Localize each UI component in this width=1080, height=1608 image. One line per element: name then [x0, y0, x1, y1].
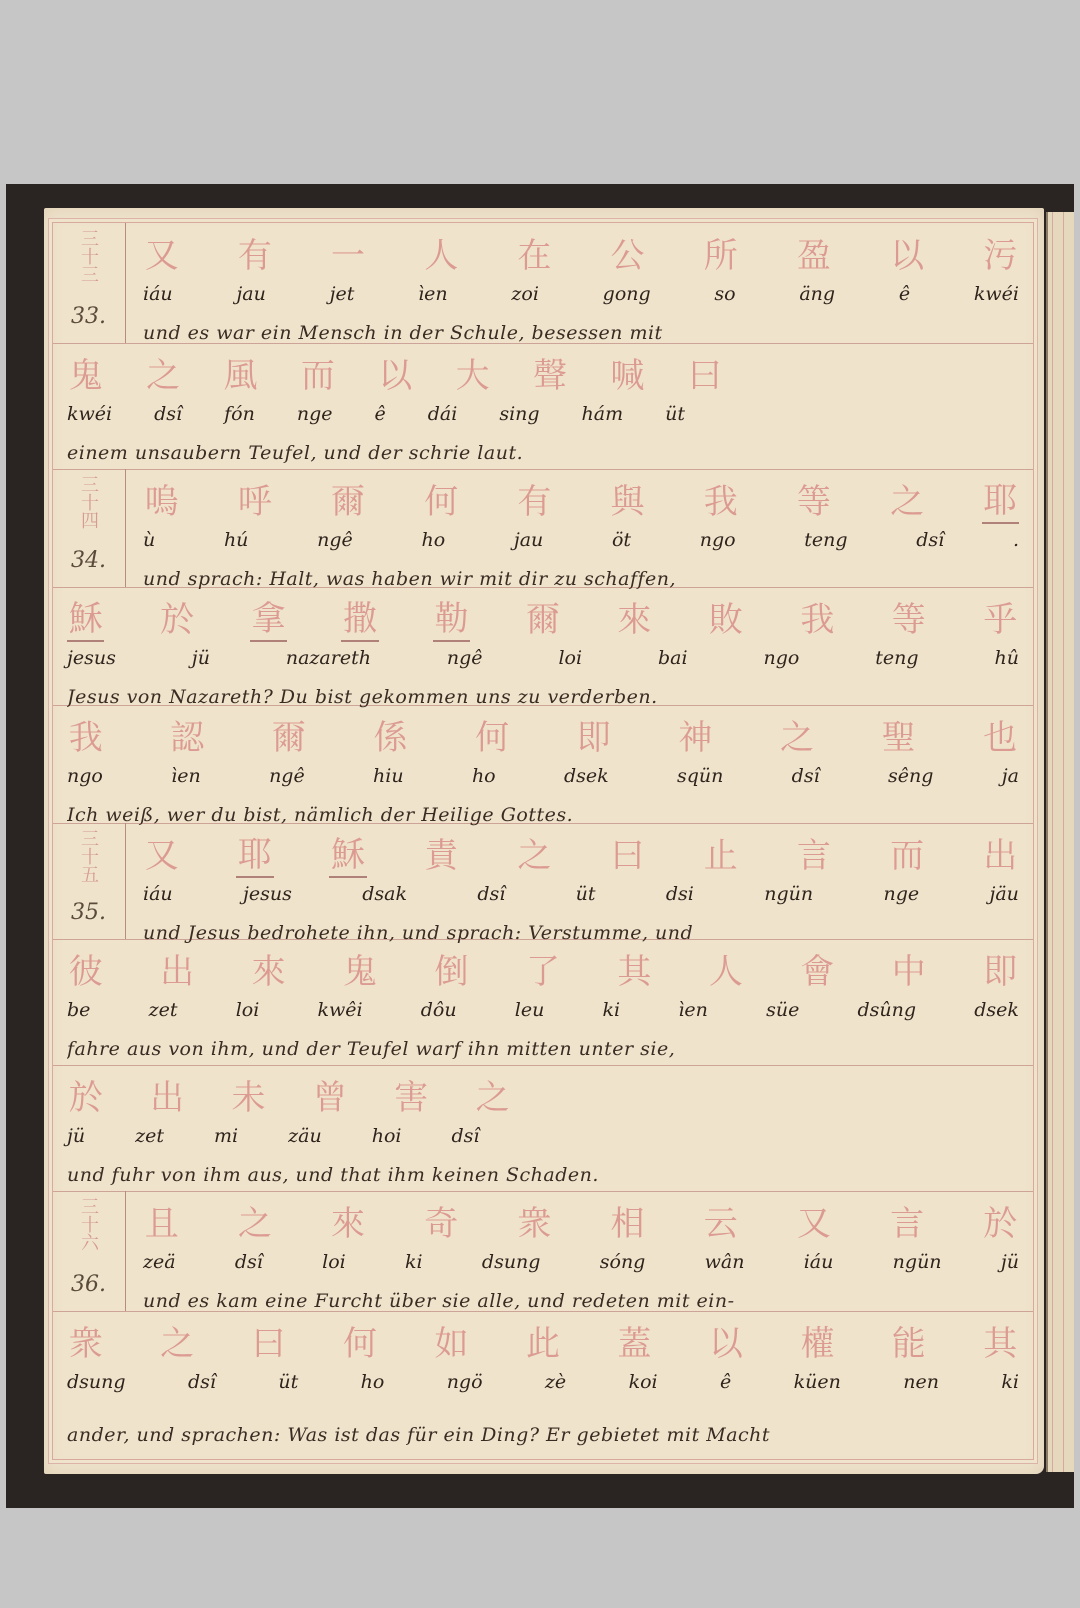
chinese-char: 言	[888, 1196, 925, 1245]
verse-number-chinese: 三十六	[75, 1197, 97, 1251]
chinese-char: 即	[575, 710, 612, 759]
chinese-char: 等	[795, 474, 832, 523]
romanized-syllable: ê	[374, 403, 385, 425]
romanized-syllable: jäu	[989, 883, 1018, 905]
verse-number-chinese: 三十三	[75, 229, 97, 283]
chinese-char: 有	[516, 474, 553, 523]
chinese-char: 公	[609, 228, 646, 277]
romanized-syllable: kwêi	[317, 999, 362, 1021]
chinese-char: 奇	[423, 1196, 460, 1245]
continuation-row: 鬼 之 風 而 以 大 聲 喊 曰 kwéi dsî fón nge	[53, 343, 1033, 470]
romanized-syllable: ngê	[269, 765, 305, 787]
romanized-syllable: ho	[361, 1371, 385, 1393]
chinese-char: 而	[299, 348, 336, 397]
chinese-characters-line: 於 出 未 曾 害 之	[67, 1071, 1019, 1117]
chinese-char: 此	[524, 1316, 561, 1365]
romanized-syllable: iáu	[143, 883, 173, 905]
romanized-syllable: sing	[499, 403, 539, 425]
chinese-char: 其	[982, 1316, 1019, 1365]
continuation-row: 我 認 爾 係 何 即 神 之 聖 也 ngo ìen ngê	[53, 705, 1033, 824]
chinese-char: 蓋	[616, 1316, 653, 1365]
chinese-char: 人	[707, 944, 744, 993]
continuation-row: 穌 於 拿 撒 勒 爾 來 敗 我 等 乎 jesus jü	[53, 587, 1033, 706]
chinese-char: 害	[393, 1070, 430, 1119]
german-translation-line: und fuhr von ihm aus, und that ihm keine…	[67, 1155, 1019, 1195]
chinese-char: 之	[158, 1316, 195, 1365]
romanized-syllable: dsak	[362, 883, 407, 905]
continuation-row: 彼 出 來 鬼 倒 了 其 人 會 中 即 be zet	[53, 939, 1033, 1066]
chinese-char: 衆	[516, 1196, 553, 1245]
chinese-char: 有	[236, 228, 273, 277]
chinese-char: 等	[890, 592, 927, 641]
chinese-char: 能	[890, 1316, 927, 1365]
chinese-char-underlined: 拿	[250, 591, 287, 642]
romanized-syllable: jü	[67, 1125, 85, 1147]
chinese-char: 云	[702, 1196, 739, 1245]
romanized-syllable: üt	[576, 883, 596, 905]
romanized-syllable: ìen	[678, 999, 708, 1021]
chinese-char: 以	[707, 1316, 744, 1365]
romanized-syllable: ngo	[700, 529, 736, 551]
chinese-char: 曾	[311, 1070, 348, 1119]
verse-number-chinese: 三十五	[75, 829, 97, 883]
romanized-syllable: ù	[143, 529, 155, 551]
romanized-syllable: ngün	[764, 883, 813, 905]
chinese-char: 鬼	[341, 944, 378, 993]
chinese-char: 喊	[609, 348, 646, 397]
romanized-syllable: zet	[149, 999, 178, 1021]
chinese-char: 出	[982, 828, 1019, 877]
chinese-char: 一	[329, 228, 366, 277]
chinese-char-underlined: 穌	[329, 827, 366, 878]
chinese-char: 係	[372, 710, 409, 759]
next-page-edge	[1046, 212, 1074, 1472]
chinese-char: 何	[341, 1316, 378, 1365]
chinese-char: 之	[888, 474, 925, 523]
verse-number-column: 三十六 36.	[53, 1191, 126, 1311]
chinese-char: 又	[795, 1196, 832, 1245]
chinese-char: 嗚	[143, 474, 180, 523]
romanized-syllable: kwéi	[67, 403, 112, 425]
verse-number-column: 三十四 34.	[53, 469, 126, 587]
romanized-syllable: nazareth	[286, 647, 371, 669]
chinese-char: 之	[236, 1196, 273, 1245]
chinese-char: 出	[148, 1070, 185, 1119]
romanized-syllable: jü	[1001, 1251, 1019, 1273]
romanized-syllable: dsûng	[858, 999, 917, 1021]
romanized-syllable: zet	[135, 1125, 164, 1147]
chinese-char: 敗	[707, 592, 744, 641]
chinese-char: 且	[143, 1196, 180, 1245]
romanized-syllable: .	[1013, 529, 1019, 551]
chinese-char: 污	[982, 228, 1019, 277]
chinese-char: 鬼	[67, 348, 104, 397]
next-page-ruling	[1052, 212, 1064, 1472]
chinese-char: 之	[144, 348, 181, 397]
chinese-char: 之	[778, 710, 815, 759]
romanized-syllable: dsî	[451, 1125, 479, 1147]
chinese-char: 爾	[524, 592, 561, 641]
romanized-syllable: fón	[224, 403, 255, 425]
chinese-char: 了	[524, 944, 561, 993]
romanized-syllable: jau	[514, 529, 543, 551]
chinese-char: 以	[377, 348, 414, 397]
romanized-syllable: dôu	[421, 999, 457, 1021]
chinese-char: 人	[423, 228, 460, 277]
chinese-char: 何	[473, 710, 510, 759]
continuation-row: 衆 之 曰 何 如 此 蓋 以 權 能 其 dsung dsî	[53, 1311, 1033, 1459]
chinese-char: 也	[981, 710, 1018, 759]
chinese-char: 而	[888, 828, 925, 877]
chinese-char: 我	[799, 592, 836, 641]
romanized-syllable: ki	[1001, 1371, 1019, 1393]
romanized-syllable: leu	[515, 999, 545, 1021]
chinese-char: 其	[616, 944, 653, 993]
chinese-char-underlined: 勒	[433, 591, 470, 642]
chinese-char: 所	[702, 228, 739, 277]
verse-number: 33.	[71, 304, 106, 329]
romanized-syllable: ki	[405, 1251, 423, 1273]
romanized-syllable: ngün	[893, 1251, 942, 1273]
romanized-syllable: nge	[883, 883, 919, 905]
chinese-char: 於	[158, 592, 195, 641]
romanized-syllable: dsî	[235, 1251, 263, 1273]
romanized-syllable: dsî	[792, 765, 820, 787]
chinese-characters-line: 且 之 來 奇 衆 相 云 又 言 於	[143, 1197, 1019, 1243]
chinese-char: 於	[67, 1070, 104, 1119]
chinese-char: 又	[143, 228, 180, 277]
romanized-syllable: dsek	[564, 765, 609, 787]
chinese-char: 會	[799, 944, 836, 993]
verse-row: 三十五 35. 又 耶 穌 責 之 曰 止 言 而 出	[53, 823, 1033, 940]
chinese-char: 曰	[609, 828, 646, 877]
chinese-char: 爾	[270, 710, 307, 759]
verse-number-column: 三十五 35.	[53, 823, 126, 939]
romanized-syllable: dái	[428, 403, 458, 425]
romanized-syllable: ho	[421, 529, 445, 551]
romanization-line: jesus jü nazareth ngê loi bai ngo teng h…	[67, 639, 1019, 677]
romanized-syllable: gong	[603, 283, 651, 305]
romanized-syllable: dsek	[974, 999, 1019, 1021]
romanized-syllable: nen	[903, 1371, 939, 1393]
chinese-char: 聖	[880, 710, 917, 759]
chinese-char: 盈	[795, 228, 832, 277]
chinese-characters-line: 穌 於 拿 撒 勒 爾 來 敗 我 等 乎	[67, 593, 1019, 639]
romanized-syllable: ho	[472, 765, 496, 787]
romanized-syllable: äng	[799, 283, 835, 305]
romanized-syllable: nge	[297, 403, 333, 425]
romanized-syllable: iáu	[804, 1251, 834, 1273]
verse-number: 34.	[71, 548, 106, 573]
romanization-line: be zet loi kwêi dôu leu ki ìen süe dsûng…	[67, 991, 1019, 1029]
romanized-syllable: jesus	[243, 883, 292, 905]
chinese-char: 曰	[686, 348, 723, 397]
romanized-syllable: wân	[705, 1251, 745, 1273]
romanized-syllable: ngo	[763, 647, 799, 669]
verse-number: 36.	[71, 1272, 106, 1297]
chinese-char: 如	[433, 1316, 470, 1365]
chinese-char: 來	[616, 592, 653, 641]
chinese-char: 何	[423, 474, 460, 523]
romanization-line: jü zet mi zäu hoi dsî	[67, 1117, 1019, 1155]
continuation-row: 於 出 未 曾 害 之 jü zet mi zäu hoi dsî	[53, 1065, 1033, 1192]
romanized-syllable: loi	[558, 647, 582, 669]
chinese-char: 風	[222, 348, 259, 397]
german-translation-line: einem unsaubern Teufel, und der schrie l…	[67, 433, 1019, 473]
romanized-syllable: hú	[224, 529, 248, 551]
chinese-char: 出	[158, 944, 195, 993]
romanized-syllable: zoi	[511, 283, 539, 305]
chinese-char: 與	[609, 474, 646, 523]
romanized-syllable: jet	[330, 283, 355, 305]
romanization-line: iáu jau jet ìen zoi gong so äng ê kwéi	[143, 275, 1019, 313]
romanized-syllable: dsî	[154, 403, 182, 425]
manuscript-page: 三十三 33. 又 有 一 人 在 公 所 盈 以 污	[44, 208, 1044, 1474]
chinese-char: 大	[454, 348, 491, 397]
romanized-syllable: iáu	[143, 283, 173, 305]
romanized-syllable: ja	[1002, 765, 1019, 787]
verse-row: 三十四 34. 嗚 呼 爾 何 有 與 我 等 之 耶	[53, 469, 1033, 588]
chinese-char: 呼	[236, 474, 273, 523]
verse-number-chinese: 三十四	[75, 475, 97, 529]
romanized-syllable: bai	[658, 647, 688, 669]
romanization-line: iáu jesus dsak dsî üt dsi ngün nge jäu	[143, 875, 1019, 913]
romanized-syllable: ê	[720, 1371, 731, 1393]
romanized-syllable: zè	[545, 1371, 566, 1393]
romanized-syllable: jü	[192, 647, 210, 669]
chinese-char: 爾	[329, 474, 366, 523]
romanized-syllable: üt	[665, 403, 685, 425]
chinese-char: 認	[169, 710, 206, 759]
verse-number: 35.	[71, 900, 106, 925]
romanized-syllable: kwéi	[974, 283, 1019, 305]
romanized-syllable: sêng	[888, 765, 933, 787]
german-translation-line: fahre aus von ihm, und der Teufel warf i…	[67, 1029, 1019, 1069]
romanized-syllable: ìen	[171, 765, 201, 787]
chinese-char: 衆	[67, 1316, 104, 1365]
romanized-syllable: zäu	[288, 1125, 322, 1147]
romanized-syllable: öt	[612, 529, 631, 551]
chinese-characters-line: 彼 出 來 鬼 倒 了 其 人 會 中 即	[67, 945, 1019, 991]
chinese-characters-line: 我 認 爾 係 何 即 神 之 聖 也	[67, 711, 1019, 757]
chinese-char-underlined: 耶	[236, 827, 273, 878]
romanized-syllable: hiu	[373, 765, 404, 787]
romanized-syllable: dsî	[916, 529, 944, 551]
romanized-syllable: ngo	[67, 765, 103, 787]
chinese-char: 權	[799, 1316, 836, 1365]
chinese-char: 言	[795, 828, 832, 877]
chinese-char: 未	[230, 1070, 267, 1119]
german-translation-line: ander, und sprachen: Was ist das für ein…	[67, 1415, 1019, 1455]
chinese-char: 責	[423, 828, 460, 877]
chinese-char-underlined: 穌	[67, 591, 104, 642]
chinese-char: 即	[982, 944, 1019, 993]
page-ruled-frame: 三十三 33. 又 有 一 人 在 公 所 盈 以 污	[52, 222, 1034, 1460]
romanized-syllable: dsi	[666, 883, 694, 905]
romanized-syllable: be	[67, 999, 90, 1021]
chinese-characters-line: 嗚 呼 爾 何 有 與 我 等 之 耶	[143, 475, 1019, 521]
romanized-syllable: dsung	[67, 1371, 126, 1393]
chinese-char: 乎	[982, 592, 1019, 641]
romanization-line: kwéi dsî fón nge ê dái sing hám üt	[67, 395, 1019, 433]
verse-number-column: 三十三 33.	[53, 223, 126, 343]
romanized-syllable: ki	[603, 999, 621, 1021]
romanized-syllable: sqün	[677, 765, 723, 787]
romanized-syllable: teng	[875, 647, 918, 669]
chinese-characters-line: 又 有 一 人 在 公 所 盈 以 污	[143, 229, 1019, 275]
romanized-syllable: zeä	[143, 1251, 176, 1273]
chinese-char: 神	[677, 710, 714, 759]
chinese-characters-line: 又 耶 穌 責 之 曰 止 言 而 出	[143, 829, 1019, 875]
romanized-syllable: hû	[994, 647, 1018, 669]
chinese-char: 止	[702, 828, 739, 877]
chinese-char: 之	[474, 1070, 511, 1119]
romanized-syllable: loi	[322, 1251, 346, 1273]
romanization-line: zeä dsî loi ki dsung sóng wân iáu ngün j…	[143, 1243, 1019, 1281]
romanized-syllable: mi	[214, 1125, 238, 1147]
romanized-syllable: küen	[794, 1371, 841, 1393]
chinese-char: 來	[329, 1196, 366, 1245]
romanized-syllable: jau	[236, 283, 265, 305]
chinese-char: 聲	[531, 348, 568, 397]
verse-row: 三十六 36. 且 之 來 奇 衆 相 云 又 言 於	[53, 1191, 1033, 1312]
romanized-syllable: dsî	[188, 1371, 216, 1393]
romanized-syllable: ìen	[418, 283, 448, 305]
chinese-char: 來	[250, 944, 287, 993]
chinese-characters-line: 鬼 之 風 而 以 大 聲 喊 曰	[67, 349, 1019, 395]
chinese-char: 在	[516, 228, 553, 277]
romanized-syllable: sóng	[600, 1251, 646, 1273]
romanized-syllable: üt	[278, 1371, 298, 1393]
chinese-char: 曰	[250, 1316, 287, 1365]
chinese-char: 彼	[67, 944, 104, 993]
romanization-line: ngo ìen ngê hiu ho dsek sqün dsî sêng ja	[67, 757, 1019, 795]
romanized-syllable: hoi	[372, 1125, 402, 1147]
romanized-syllable: so	[714, 283, 735, 305]
chinese-char: 相	[609, 1196, 646, 1245]
romanized-syllable: hám	[582, 403, 624, 425]
romanized-syllable: jesus	[67, 647, 116, 669]
chinese-char: 以	[888, 228, 925, 277]
chinese-char: 又	[143, 828, 180, 877]
romanized-syllable: ngö	[447, 1371, 483, 1393]
romanization-line: dsung dsî üt ho ngö zè koi ê küen nen ki	[67, 1363, 1019, 1401]
verse-row: 三十三 33. 又 有 一 人 在 公 所 盈 以 污	[53, 223, 1033, 344]
romanized-syllable: süe	[766, 999, 799, 1021]
chinese-char: 倒	[433, 944, 470, 993]
chinese-char-underlined: 撒	[341, 591, 378, 642]
chinese-char: 我	[67, 710, 104, 759]
romanized-syllable: dsung	[482, 1251, 541, 1273]
chinese-char: 中	[890, 944, 927, 993]
chinese-char: 之	[516, 828, 553, 877]
romanized-syllable: ngê	[447, 647, 483, 669]
chinese-char: 於	[982, 1196, 1019, 1245]
romanized-syllable: dsî	[477, 883, 505, 905]
romanized-syllable: ngê	[317, 529, 353, 551]
chinese-char-underlined: 耶	[982, 473, 1019, 524]
romanized-syllable: teng	[804, 529, 847, 551]
chinese-char: 我	[702, 474, 739, 523]
romanized-syllable: loi	[236, 999, 260, 1021]
chinese-characters-line: 衆 之 曰 何 如 此 蓋 以 權 能 其	[67, 1317, 1019, 1363]
romanized-syllable: ê	[899, 283, 910, 305]
dark-background-board: 三十三 33. 又 有 一 人 在 公 所 盈 以 污	[6, 184, 1074, 1508]
romanization-line: ù hú ngê ho jau öt ngo teng dsî .	[143, 521, 1019, 559]
romanized-syllable: koi	[629, 1371, 658, 1393]
